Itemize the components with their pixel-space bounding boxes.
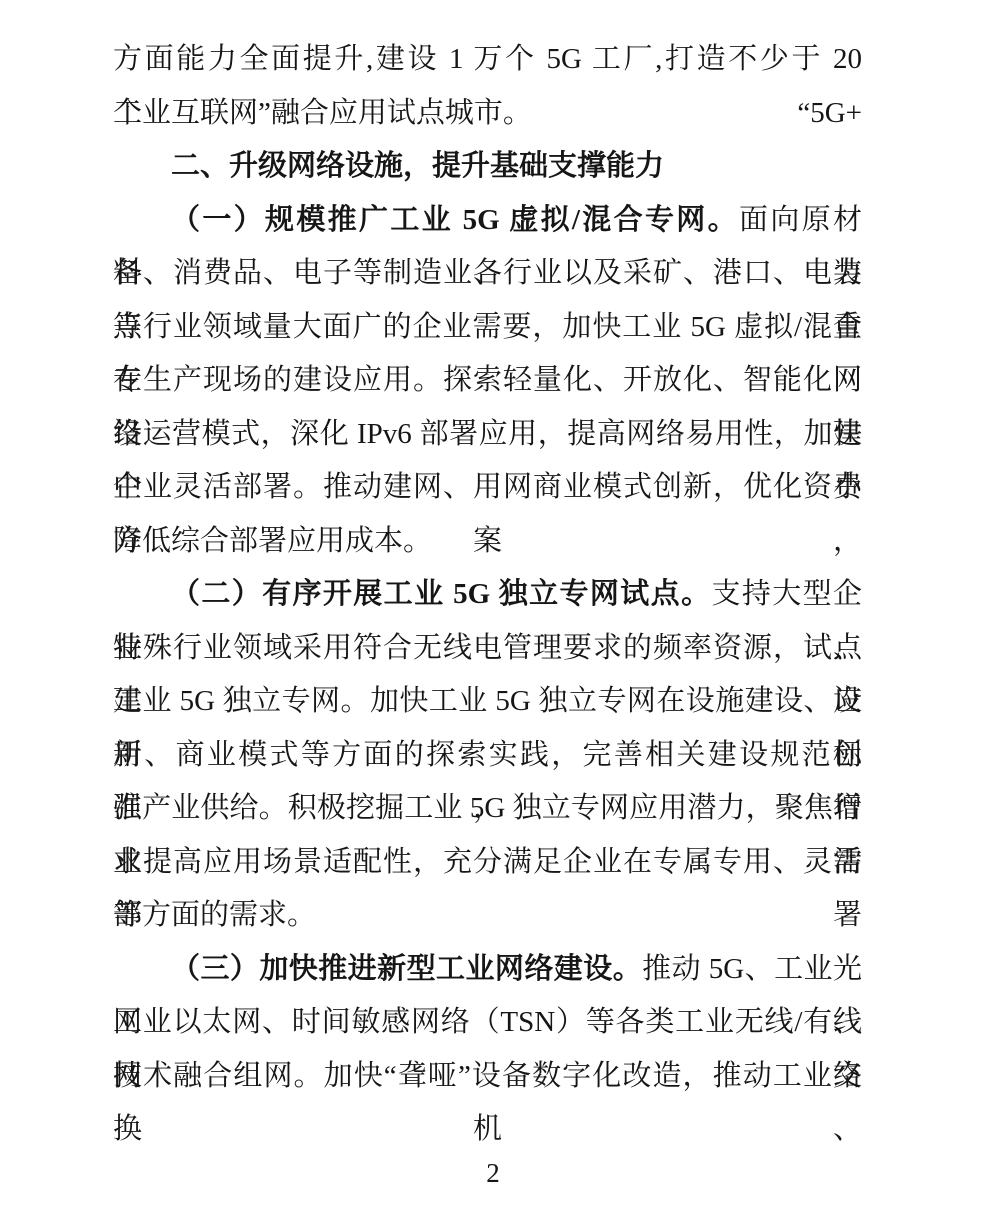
document-line: 新、商业模式等方面的探索实践，完善相关建设规范标准，增 (113, 729, 862, 783)
text-segment: 工业互联网”融合应用试点城市。 (113, 97, 532, 129)
bold-text-segment: （二）有序开展工业 5G 独立专网试点。 (171, 578, 711, 610)
document-line: 点行业领域量大面广的企业需要，加快工业 5G 虚拟/混合专网 (113, 301, 862, 355)
section-heading: 二、升级网络设施，提升基础支撑能力 (113, 140, 862, 194)
text-segment: 等方面的需求。 (113, 899, 316, 931)
document-line: 工业 5G 独立专网。加快工业 5G 独立专网在设施建设、应用创 (113, 675, 862, 729)
bold-text-segment: 二、升级网络设施，提升基础支撑能力 (171, 150, 664, 182)
document-line: 企业灵活部署。推动建网、用网商业模式创新，优化资费方案， (113, 461, 862, 515)
document-line: 强产业供给。积极挖掘工业 5G 独立专网应用潜力，聚焦行业需 (113, 782, 862, 836)
document-line: 方面能力全面提升,建设 1 万个 5G 工厂,打造不少于 20 个“5G+ (113, 33, 862, 87)
document-page: 方面能力全面提升,建设 1 万个 5G 工厂,打造不少于 20 个“5G+工业互… (0, 0, 986, 1208)
document-line: 求提高应用场景适配性，充分满足企业在专属专用、灵活部署 (113, 836, 862, 890)
document-line: 设运营模式，深化 IPv6 部署应用，提高网络易用性，加快中小 (113, 408, 862, 462)
document-line: 在生产现场的建设应用。探索轻量化、开放化、智能化网络建 (113, 354, 862, 408)
document-line: （二）有序开展工业 5G 独立专网试点。支持大型企业、 (113, 568, 862, 622)
text-segment: 技术融合组网。加快“聋哑”设备数字化改造，推动工业交换机、 (113, 1060, 862, 1146)
document-line: 工业以太网、时间敏感网络（TSN）等各类工业无线/有线网络 (113, 996, 862, 1050)
page-number: 2 (0, 1146, 986, 1200)
bold-text-segment: （一）规模推广工业 5G 虚拟/混合专网。 (171, 204, 739, 236)
document-text-block: 方面能力全面提升,建设 1 万个 5G 工厂,打造不少于 20 个“5G+工业互… (113, 33, 862, 1103)
document-line: 备、消费品、电子等制造业各行业以及采矿、港口、电力等重 (113, 247, 862, 301)
document-line: 特殊行业领域采用符合无线电管理要求的频率资源，试点建设 (113, 622, 862, 676)
document-line: （三）加快推进新型工业网络建设。推动 5G、工业光网、 (113, 943, 862, 997)
text-segment: 降低综合部署应用成本。 (113, 525, 432, 557)
bold-text-segment: （三）加快推进新型工业网络建设。 (171, 953, 642, 985)
document-line: 技术融合组网。加快“聋哑”设备数字化改造，推动工业交换机、 (113, 1050, 862, 1104)
document-line: （一）规模推广工业 5G 虚拟/混合专网。面向原材料、装 (113, 194, 862, 248)
